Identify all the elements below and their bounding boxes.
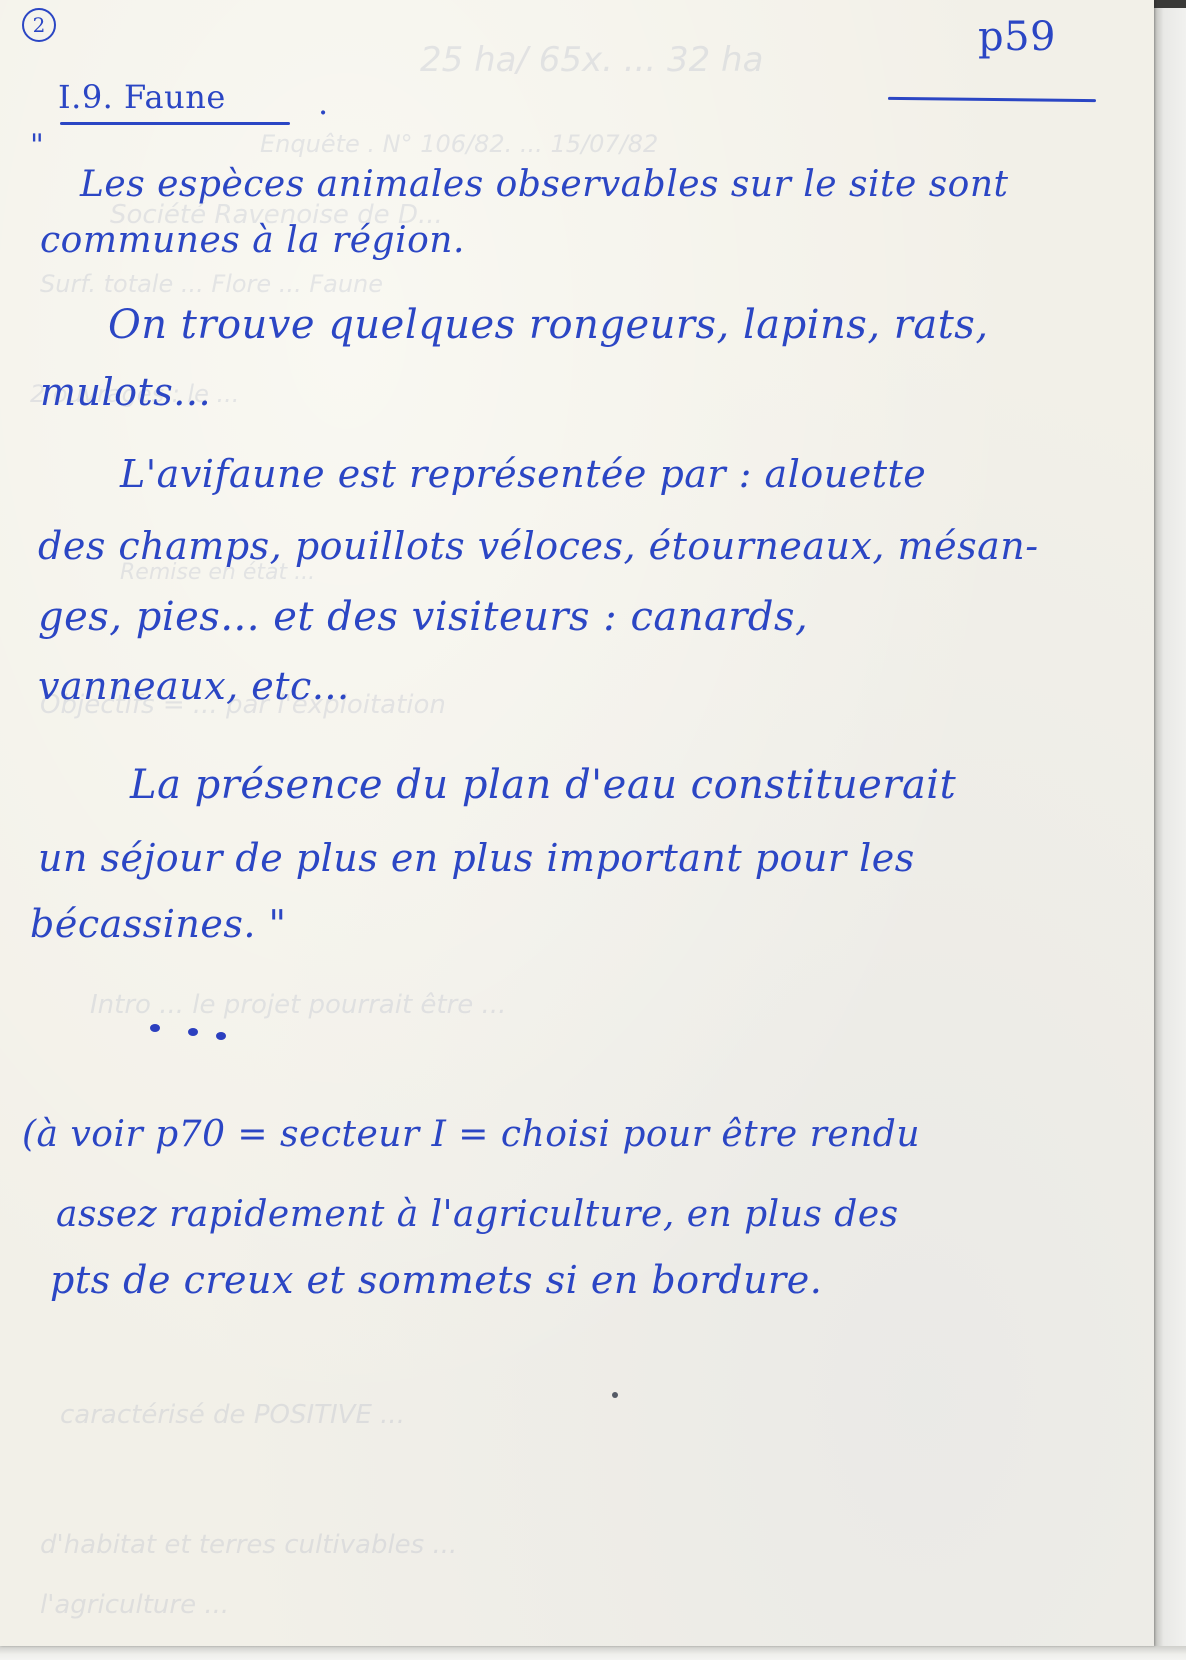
handwritten-page: 25 ha/ 65x. ... 32 ha Enquête . N° 106/8… — [0, 0, 1154, 1646]
section-heading: I.9. Faune — [58, 78, 226, 116]
bleed-through-line: Surf. totale ... Flore ... Faune — [40, 270, 383, 298]
bleed-through-line: d'habitat et terres cultivables ... — [40, 1530, 457, 1560]
bleed-through-line: Enquête . N° 106/82. ... 15/07/82 — [260, 130, 658, 158]
text-line: bécassines. " — [30, 902, 287, 946]
scanner-edge-shadow — [1154, 0, 1186, 8]
text-line: L'avifaune est représentée par : alouett… — [120, 452, 926, 496]
annotation-line: (à voir p70 = secteur I = choisi pour êt… — [22, 1114, 920, 1155]
text-line: Les espèces animales observables sur le … — [80, 164, 1009, 205]
text-line: vanneaux, etc... — [38, 664, 350, 708]
text-line: ges, pies... et des visiteurs : canards, — [38, 594, 808, 640]
annotation-line: pts de creux et sommets si en bordure. — [50, 1258, 822, 1302]
opening-quote-mark: " — [30, 128, 44, 163]
scanner-edge-bottom — [0, 1646, 1186, 1660]
bleed-through-line: l'agriculture ... — [40, 1590, 229, 1620]
section-heading-underline — [60, 122, 290, 125]
text-line: un séjour de plus en plus important pour… — [38, 836, 915, 880]
bleed-through-line: Intro ... le projet pourrait être ... — [90, 990, 506, 1020]
text-line: des champs, pouillots véloces, étourneau… — [38, 524, 1039, 568]
page-reference: p59 — [978, 14, 1056, 60]
text-line: On trouve quelques rongeurs, lapins, rat… — [108, 302, 989, 348]
text-line: communes à la région. — [40, 220, 465, 261]
text-line: La présence du plan d'eau constituerait — [130, 762, 956, 808]
scanner-edge-right — [1154, 0, 1186, 1660]
text-line: mulots... — [40, 370, 211, 414]
bleed-through-line: caractérisé de POSITIVE ... — [60, 1400, 405, 1430]
ellipsis-mark — [150, 1022, 250, 1042]
circled-page-marker: 2 — [22, 8, 56, 42]
heading-period: . — [318, 84, 329, 122]
bleed-through-line: 25 ha/ 65x. ... 32 ha — [420, 40, 763, 80]
annotation-line: assez rapidement à l'agriculture, en plu… — [56, 1194, 899, 1235]
stray-ink-dot — [612, 1392, 618, 1398]
page-reference-underline — [888, 97, 1096, 102]
